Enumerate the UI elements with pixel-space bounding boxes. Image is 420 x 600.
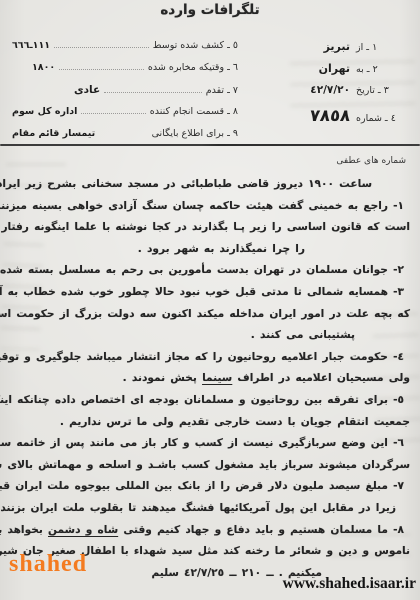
dotted-leader (54, 40, 149, 48)
shahed-watermark-url: www.shahed.isaar.ir (283, 575, 416, 593)
body-line: زیرا در مقابل این پول آمریکائیها فشنگ می… (10, 498, 410, 520)
field-from: ١ ـ از تبریز (276, 40, 414, 62)
body-line: پشتیبانی می کنند . (10, 325, 410, 347)
body-line: جمعیت انتقام جویان با دست خارجی تقدیم ول… (10, 412, 410, 434)
field-to: ٢ ـ به تهران (276, 62, 414, 84)
field-deciphered-by: ٥ ـ کشف شده توسط ١١١ـ٦٦٦ (12, 40, 238, 62)
field-deciphered-value: ١١١ـ٦٦٦ (12, 40, 50, 51)
underlined-word: سینما (202, 372, 232, 384)
field-date: ٣ ـ تاریخ ٤٢/٧/٢٠ (276, 84, 414, 106)
field-priority-label: ٧ ـ تقدم (206, 85, 238, 96)
shahed-watermark-logo: shahed (9, 551, 87, 578)
body-line: ٣- همسایه شمالی تا مدتی قبل خوب نبود حال… (10, 282, 410, 304)
body-line: ساعت ١٩٠٠ دیروز قاضی طباطبائی در مسجد سخ… (10, 174, 410, 196)
body-line: ٦- این وضع سربازگیری نیست از کسب و کار ب… (10, 433, 410, 455)
field-number-label: ٤ ـ شماره (356, 113, 414, 124)
header-fields-left: ٥ ـ کشف شده توسط ١١١ـ٦٦٦ ٦ ـ وقتیکه مخاب… (12, 40, 238, 150)
field-time-label: ٦ ـ وقتیکه مخابره شده (148, 62, 238, 73)
scanned-telegram-page: { "document": { "title": "تلگرافات وارده… (0, 0, 420, 600)
reference-numbers-label: شماره های عطفی (336, 156, 406, 166)
field-executing-section: ٨ ـ قسمت انجام کننده اداره کل سوم (12, 106, 238, 128)
body-line: ٥- برای تفرقه بین روحانیون و مسلمانان بو… (10, 390, 410, 412)
body-line: ٨- ما مسلمان هستیم و باید دفاع و جهاد کن… (10, 520, 410, 542)
dotted-leader (59, 62, 144, 70)
field-number-value: ٧٨٥٨ (309, 106, 351, 125)
header-fields-right: ١ ـ از تبریز ٢ ـ به تهران ٣ ـ تاریخ ٤٢/٧… (276, 40, 414, 128)
body-line: ولی مسیحیان اعلامیه در اطراف سینما پخش ن… (10, 368, 410, 390)
body-line: ٢- جوانان مسلمان در تهران بدست مأمورین ب… (10, 260, 410, 282)
field-time-transmitted: ٦ ـ وقتیکه مخابره شده ١٨٠٠ (12, 62, 238, 84)
field-from-value: تبریز (324, 40, 350, 53)
body-line: ٧- مبلغ سیصد ملیون دلار قرض را از بانک ب… (10, 476, 410, 498)
field-priority-value: عادی (74, 84, 100, 96)
field-section-label: ٨ ـ قسمت انجام کننده (150, 106, 238, 117)
field-number: ٤ ـ شماره ٧٨٥٨ (276, 106, 414, 128)
dotted-leader (81, 106, 145, 114)
field-time-value: ١٨٠٠ (32, 62, 55, 73)
body-line: ٤- حکومت جبار اعلامیه روحانیون را که مجا… (10, 347, 410, 369)
field-info-value: تیمسار قائم مقام (12, 128, 95, 139)
field-deciphered-label: ٥ ـ کشف شده توسط (153, 40, 238, 51)
dotted-leader (104, 85, 202, 93)
field-info-label: ٩ ـ برای اطلاع بایگانی (152, 128, 238, 139)
telegram-body: ساعت ١٩٠٠ دیروز قاضی طباطبائی در مسجد سخ… (10, 174, 410, 584)
field-from-label: ١ ـ از (356, 42, 414, 53)
body-line: سرگردان میشوند سرباز باید مشغول کسب باشـ… (10, 455, 410, 477)
field-date-value: ٤٢/٧/٢٠ (310, 84, 350, 96)
field-date-label: ٣ ـ تاریخ (356, 85, 414, 96)
field-for-information: ٩ ـ برای اطلاع بایگانی تیمسار قائم مقام (12, 128, 238, 150)
field-to-label: ٢ ـ به (356, 64, 414, 75)
underlined-words: شاه و دشمن (48, 524, 118, 536)
body-line: ١- راجع به خمینی گفت هیئت حاکمه چسان سنگ… (10, 196, 410, 218)
body-line: که بچه علت در امور ایران مداخله میکند اک… (10, 304, 410, 326)
page-title: تلگرافات وارده (0, 2, 420, 18)
body-line: را چرا نمیگذارند به شهر برود . (10, 239, 410, 261)
field-section-value: اداره کل سوم (12, 106, 77, 117)
field-to-value: تهران (319, 62, 350, 75)
field-priority: ٧ ـ تقدم عادی (12, 84, 238, 106)
body-line: است که قانون اساسی را زیر پـا بگذارند در… (10, 217, 410, 239)
